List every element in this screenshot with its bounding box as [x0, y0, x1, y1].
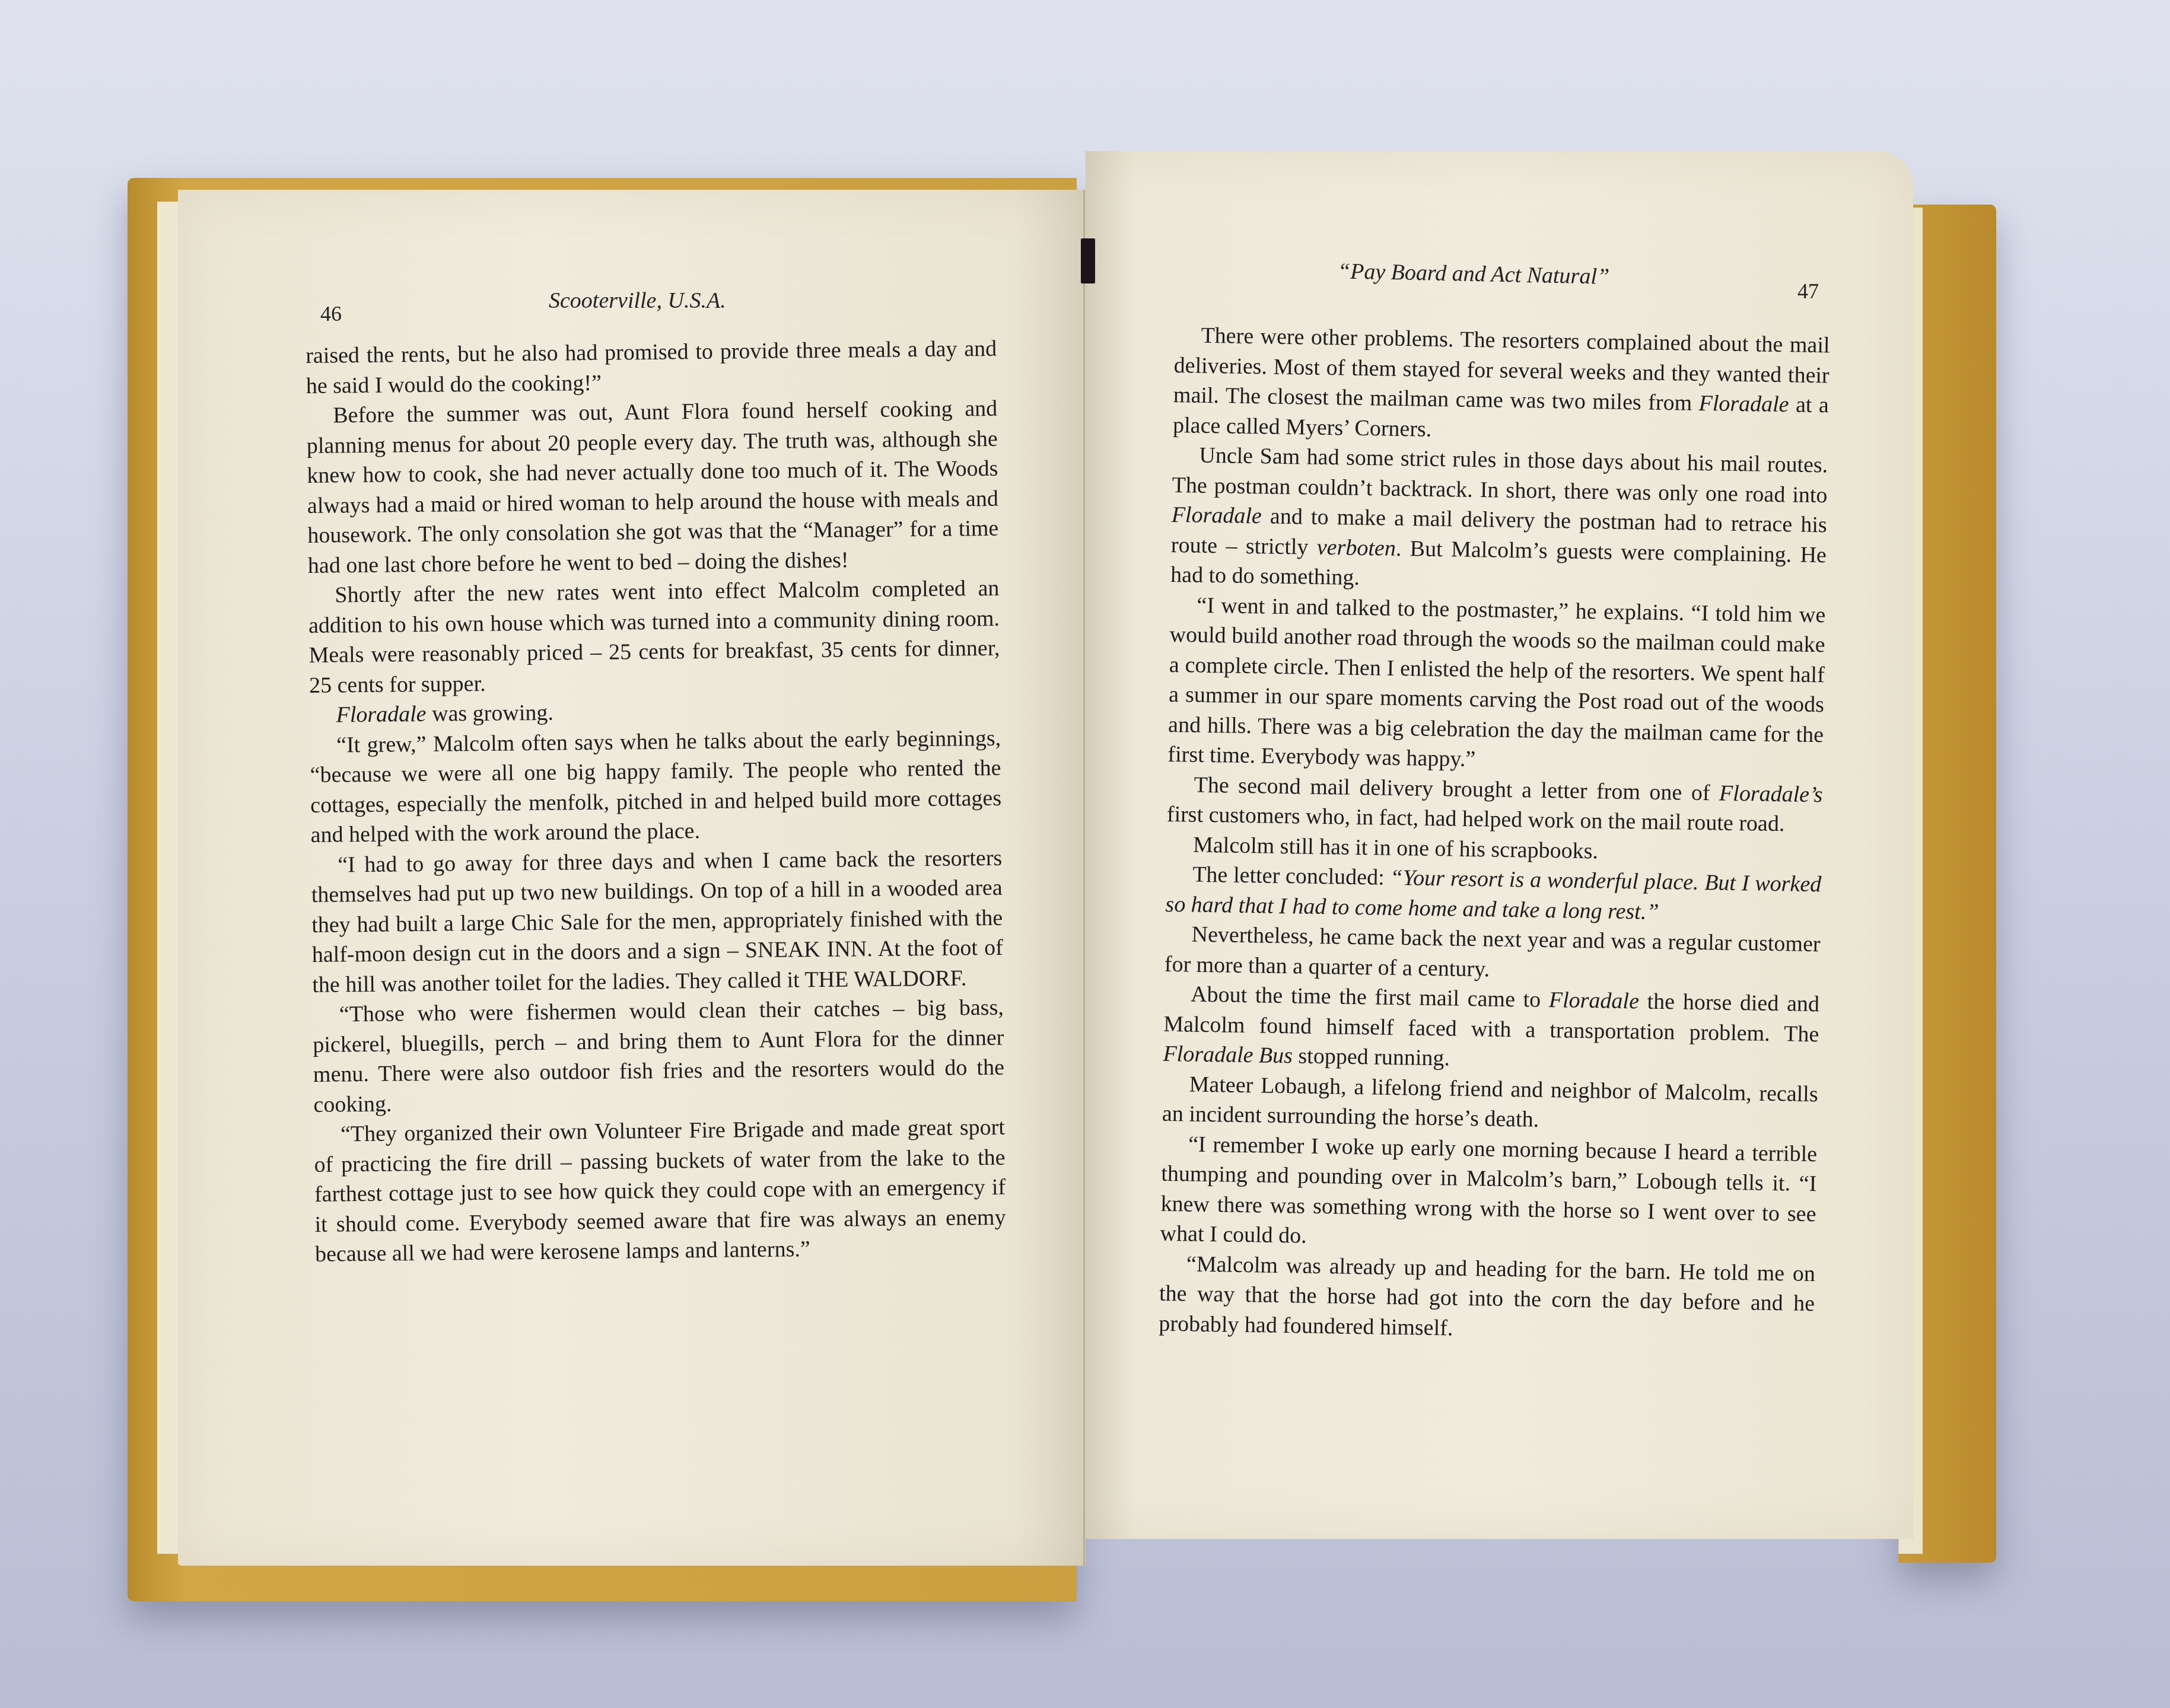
paragraph: Before the summer was out, Aunt Flora fo… [306, 394, 999, 581]
paragraph: “Malcolm was already up and heading for … [1159, 1248, 1815, 1349]
paragraph: “I went in and talked to the postmaster,… [1167, 589, 1826, 779]
paragraph: Mateer Lobaugh, a lifelong friend and ne… [1162, 1069, 1818, 1139]
paragraph: There were other problems. The resorters… [1173, 320, 1830, 450]
paragraph: raised the rents, but he also had promis… [306, 334, 997, 401]
paragraph: “Those who were fishermen would clean th… [313, 993, 1005, 1120]
right-page-body: There were other problems. The resorters… [1159, 320, 1830, 1349]
running-head-left: Scooterville, U.S.A. [549, 288, 726, 314]
bookmark-ribbon [1081, 238, 1095, 283]
paragraph: “It grew,” Malcolm often says when he ta… [310, 723, 1002, 850]
paragraph: “They organized their own Volunteer Fire… [314, 1113, 1007, 1270]
paragraph: “I remember I woke up early one morning … [1160, 1129, 1817, 1258]
page-number-right: 47 [1797, 279, 1819, 304]
italic-place-name: Floradale [336, 702, 426, 728]
book-gutter [1083, 190, 1085, 1566]
paragraph: The second mail delivery brought a lette… [1167, 769, 1823, 839]
left-page-body: raised the rents, but he also had promis… [306, 334, 1006, 1270]
paragraph: “I had to go away for three days and whe… [311, 843, 1004, 1000]
paragraph: About the time the first mail came to Fl… [1163, 979, 1819, 1079]
paragraph: Uncle Sam had some strict rules in those… [1170, 440, 1828, 600]
paragraph: Shortly after the new rates went into ef… [308, 573, 1000, 700]
page-number-left: 46 [320, 301, 342, 326]
paragraph: Nevertheless, he came back the next year… [1164, 919, 1821, 989]
paragraph: The letter concluded: “Your resort is a … [1165, 859, 1821, 929]
